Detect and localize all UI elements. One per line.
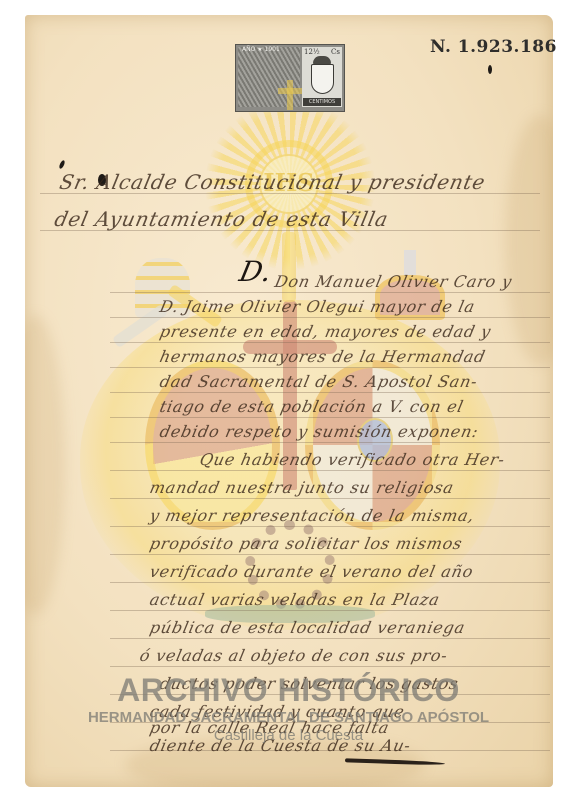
- stamp-denomination: CENTIMOS: [303, 98, 341, 106]
- rule: [110, 554, 550, 555]
- rule: [110, 392, 550, 393]
- body-line: ó veladas al objeto de con sus pro-: [138, 646, 450, 665]
- stamp-currency: Cs: [331, 48, 340, 56]
- rule: [110, 417, 550, 418]
- watermark-subtitle: HERMANDAD SACRAMENTAL DE SANTIAGO APÓSTO…: [0, 709, 577, 726]
- rule: [110, 610, 550, 611]
- body-line: D. Jaime Olivier Olegui mayor de la: [158, 297, 477, 316]
- stamp-value-panel: 12½ Cs CENTIMOS: [302, 47, 342, 107]
- body-line: actual varias veladas en la Plaza: [148, 590, 442, 609]
- crown-icon: [313, 56, 331, 64]
- stamp-year: AÑO ★ 1901: [242, 46, 280, 53]
- address-line: del Ayuntamiento de esta Villa: [52, 207, 390, 231]
- paper-stain: [25, 315, 65, 615]
- rule: [110, 470, 550, 471]
- shield-icon: [311, 64, 334, 94]
- body-line: Que habiendo verificado otra Her-: [198, 450, 507, 469]
- body-line: dad Sacramental de S. Apostol San-: [158, 372, 480, 391]
- body-line: verificado durante el verano del año: [148, 562, 475, 581]
- rule: [110, 317, 550, 318]
- rule: [110, 526, 550, 527]
- rule: [110, 582, 550, 583]
- paper-stain: [505, 115, 553, 365]
- ink-blot: [488, 65, 492, 74]
- monstrance-cross-icon: [287, 80, 293, 110]
- stamp-value: 12½: [304, 48, 320, 56]
- body-line: hermanos mayores de la Hermandad: [158, 347, 487, 366]
- body-line: pública de esta localidad veraniega: [148, 618, 467, 637]
- watermark-title: ARCHIVO HISTÓRICO: [0, 672, 577, 709]
- body-line: debido respeto y sumisión exponen:: [158, 422, 481, 441]
- rule: [110, 442, 550, 443]
- monstrance-cross-arm: [278, 88, 302, 94]
- rule: [110, 498, 550, 499]
- rule: [110, 367, 550, 368]
- rule: [110, 292, 550, 293]
- address-line: Sr. Alcalde Constitucional y presidente: [57, 170, 487, 194]
- rule: [110, 342, 550, 343]
- body-line: y mejor representación de la misma,: [148, 506, 477, 525]
- watermark-location: Castilleja de la Cuesta: [0, 727, 577, 744]
- body-line: mandad nuestra junto su religiosa: [148, 478, 456, 497]
- body-line: Don Manuel Olivier Caro y: [273, 272, 514, 291]
- body-line: tiago de esta población a V. con el: [158, 397, 466, 416]
- body-line: propósito para solicitar los mismos: [148, 534, 464, 553]
- body-line: presente en edad, mayores de edad y: [158, 322, 493, 341]
- rule: [110, 638, 550, 639]
- serial-number: N. 1.923.186: [430, 37, 557, 57]
- rule: [110, 666, 550, 667]
